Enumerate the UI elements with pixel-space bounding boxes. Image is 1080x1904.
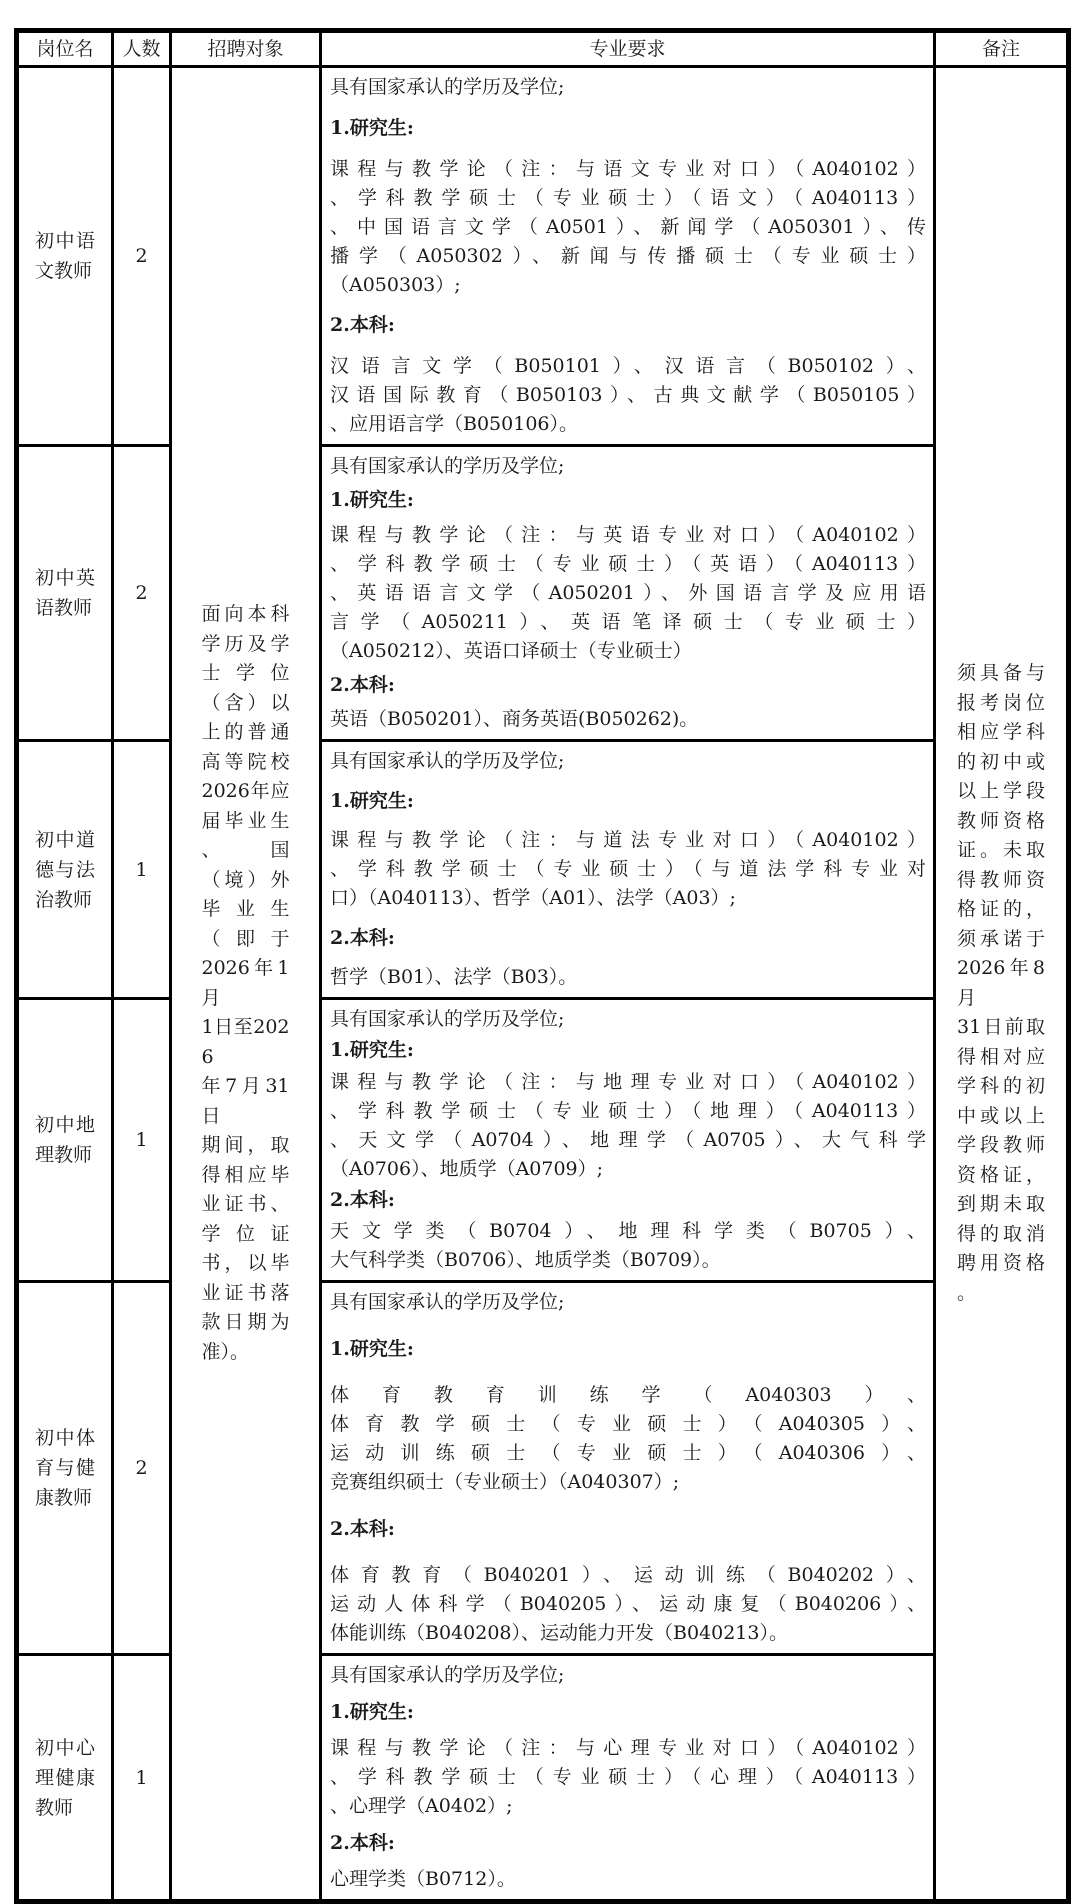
- count-cell: 1: [113, 741, 171, 999]
- requirement-cell: 具有国家承认的学历及学位; 1.研究生: 课程与教学论（注：与英语专业对口）（A…: [321, 446, 935, 741]
- recruit-target-cell: 面向本科学历及学士学位（含）以上的普通高等院校2026年应届毕业生、国（境）外毕…: [171, 67, 321, 1902]
- req-undergrad-text: 汉语言文学（B050101）、汉语言（B050102）、汉语国际教育（B0501…: [330, 352, 926, 439]
- req-grad-label: 1.研究生:: [330, 486, 926, 515]
- count-cell: 2: [113, 446, 171, 741]
- position-cell: 初中地理教师: [17, 999, 113, 1282]
- position-name: 初中心理健康教师: [35, 1733, 95, 1823]
- req-undergrad-text: 体育教育（B040201）、运动训练（B040202）、运动人体科学（B0402…: [330, 1561, 926, 1648]
- requirement-cell: 具有国家承认的学历及学位; 1.研究生: 体育教育训练学（A040303）、体育…: [321, 1282, 935, 1655]
- req-undergrad-text: 英语（B050201）、商务英语(B050262)。: [330, 705, 926, 734]
- req-grad-label: 1.研究生:: [330, 787, 926, 816]
- req-intro: 具有国家承认的学历及学位;: [330, 1661, 926, 1690]
- req-undergrad-label: 2.本科:: [330, 1186, 926, 1215]
- req-undergrad-text: 天文学类（B0704）、地理科学类（B0705）、大气科学类（B0706）、地质…: [330, 1217, 926, 1275]
- req-intro: 具有国家承认的学历及学位;: [330, 73, 926, 102]
- recruitment-table: 岗位名 人数 招聘对象 专业要求 备注 初中语文教师 2 面向本科学历及学士学位…: [14, 28, 1071, 1904]
- table-row: 初中语文教师 2 面向本科学历及学士学位（含）以上的普通高等院校2026年应届毕…: [17, 67, 1069, 446]
- req-undergrad-label: 2.本科:: [330, 924, 926, 953]
- req-undergrad-text: 哲学（B01）、法学（B03）。: [330, 963, 926, 992]
- requirement-cell: 具有国家承认的学历及学位; 1.研究生: 课程与教学论（注：与地理专业对口）（A…: [321, 999, 935, 1282]
- req-intro: 具有国家承认的学历及学位;: [330, 1288, 926, 1317]
- remark-text: 须具备与报考岗位相应学科的初中或以上学段教师资格证。未取得教师资格证的，须承诺于…: [957, 659, 1045, 1308]
- req-intro: 具有国家承认的学历及学位;: [330, 1005, 926, 1034]
- header-requirement: 专业要求: [321, 31, 935, 67]
- req-undergrad-label: 2.本科:: [330, 1829, 926, 1858]
- count-cell: 1: [113, 999, 171, 1282]
- position-name: 初中语文教师: [35, 226, 95, 286]
- req-intro: 具有国家承认的学历及学位;: [330, 747, 926, 776]
- req-grad-label: 1.研究生:: [330, 1036, 926, 1065]
- recruit-target-text: 面向本科学历及学士学位（含）以上的普通高等院校2026年应届毕业生、国（境）外毕…: [202, 600, 290, 1367]
- position-name: 初中英语教师: [35, 563, 95, 623]
- position-name: 初中体育与健康教师: [35, 1423, 95, 1513]
- position-cell: 初中语文教师: [17, 67, 113, 446]
- req-grad-label: 1.研究生:: [330, 1335, 926, 1364]
- requirement-cell: 具有国家承认的学历及学位; 1.研究生: 课程与教学论（注：与心理专业对口）（A…: [321, 1655, 935, 1902]
- table-header-row: 岗位名 人数 招聘对象 专业要求 备注: [17, 31, 1069, 67]
- req-grad-text: 课程与教学论（注：与道法专业对口）（A040102）、学科教学硕士（专业硕士）（…: [330, 826, 926, 913]
- req-grad-text: 课程与教学论（注：与心理专业对口）（A040102）、学科教学硕士（专业硕士）（…: [330, 1734, 926, 1821]
- position-cell: 初中心理健康教师: [17, 1655, 113, 1902]
- req-undergrad-label: 2.本科:: [330, 1515, 926, 1544]
- remark-cell: 须具备与报考岗位相应学科的初中或以上学段教师资格证。未取得教师资格证的，须承诺于…: [935, 67, 1069, 1902]
- req-undergrad-label: 2.本科:: [330, 311, 926, 340]
- header-position: 岗位名: [17, 31, 113, 67]
- req-undergrad-text: 心理学类（B0712）。: [330, 1865, 926, 1894]
- position-cell: 初中体育与健康教师: [17, 1282, 113, 1655]
- req-grad-text: 课程与教学论（注：与语文专业对口）（A040102）、学科教学硕士（专业硕士）（…: [330, 155, 926, 300]
- req-grad-text: 体育教育训练学（A040303）、体育教学硕士（专业硕士）（A040305）、运…: [330, 1381, 926, 1497]
- requirement-cell: 具有国家承认的学历及学位; 1.研究生: 课程与教学论（注：与语文专业对口）（A…: [321, 67, 935, 446]
- count-cell: 2: [113, 1282, 171, 1655]
- count-cell: 2: [113, 67, 171, 446]
- position-cell: 初中道德与法治教师: [17, 741, 113, 999]
- count-cell: 1: [113, 1655, 171, 1902]
- position-cell: 初中英语教师: [17, 446, 113, 741]
- req-intro: 具有国家承认的学历及学位;: [330, 452, 926, 481]
- header-remark: 备注: [935, 31, 1069, 67]
- requirement-cell: 具有国家承认的学历及学位; 1.研究生: 课程与教学论（注：与道法专业对口）（A…: [321, 741, 935, 999]
- req-grad-text: 课程与教学论（注：与地理专业对口）（A040102）、学科教学硕士（专业硕士）（…: [330, 1068, 926, 1184]
- document-page: 岗位名 人数 招聘对象 专业要求 备注 初中语文教师 2 面向本科学历及学士学位…: [0, 0, 1080, 1904]
- header-target: 招聘对象: [171, 31, 321, 67]
- req-undergrad-label: 2.本科:: [330, 671, 926, 700]
- position-name: 初中道德与法治教师: [35, 825, 95, 915]
- req-grad-label: 1.研究生:: [330, 1698, 926, 1727]
- header-count: 人数: [113, 31, 171, 67]
- req-grad-label: 1.研究生:: [330, 114, 926, 143]
- position-name: 初中地理教师: [35, 1110, 95, 1170]
- req-grad-text: 课程与教学论（注：与英语专业对口）（A040102）、学科教学硕士（专业硕士）（…: [330, 521, 926, 666]
